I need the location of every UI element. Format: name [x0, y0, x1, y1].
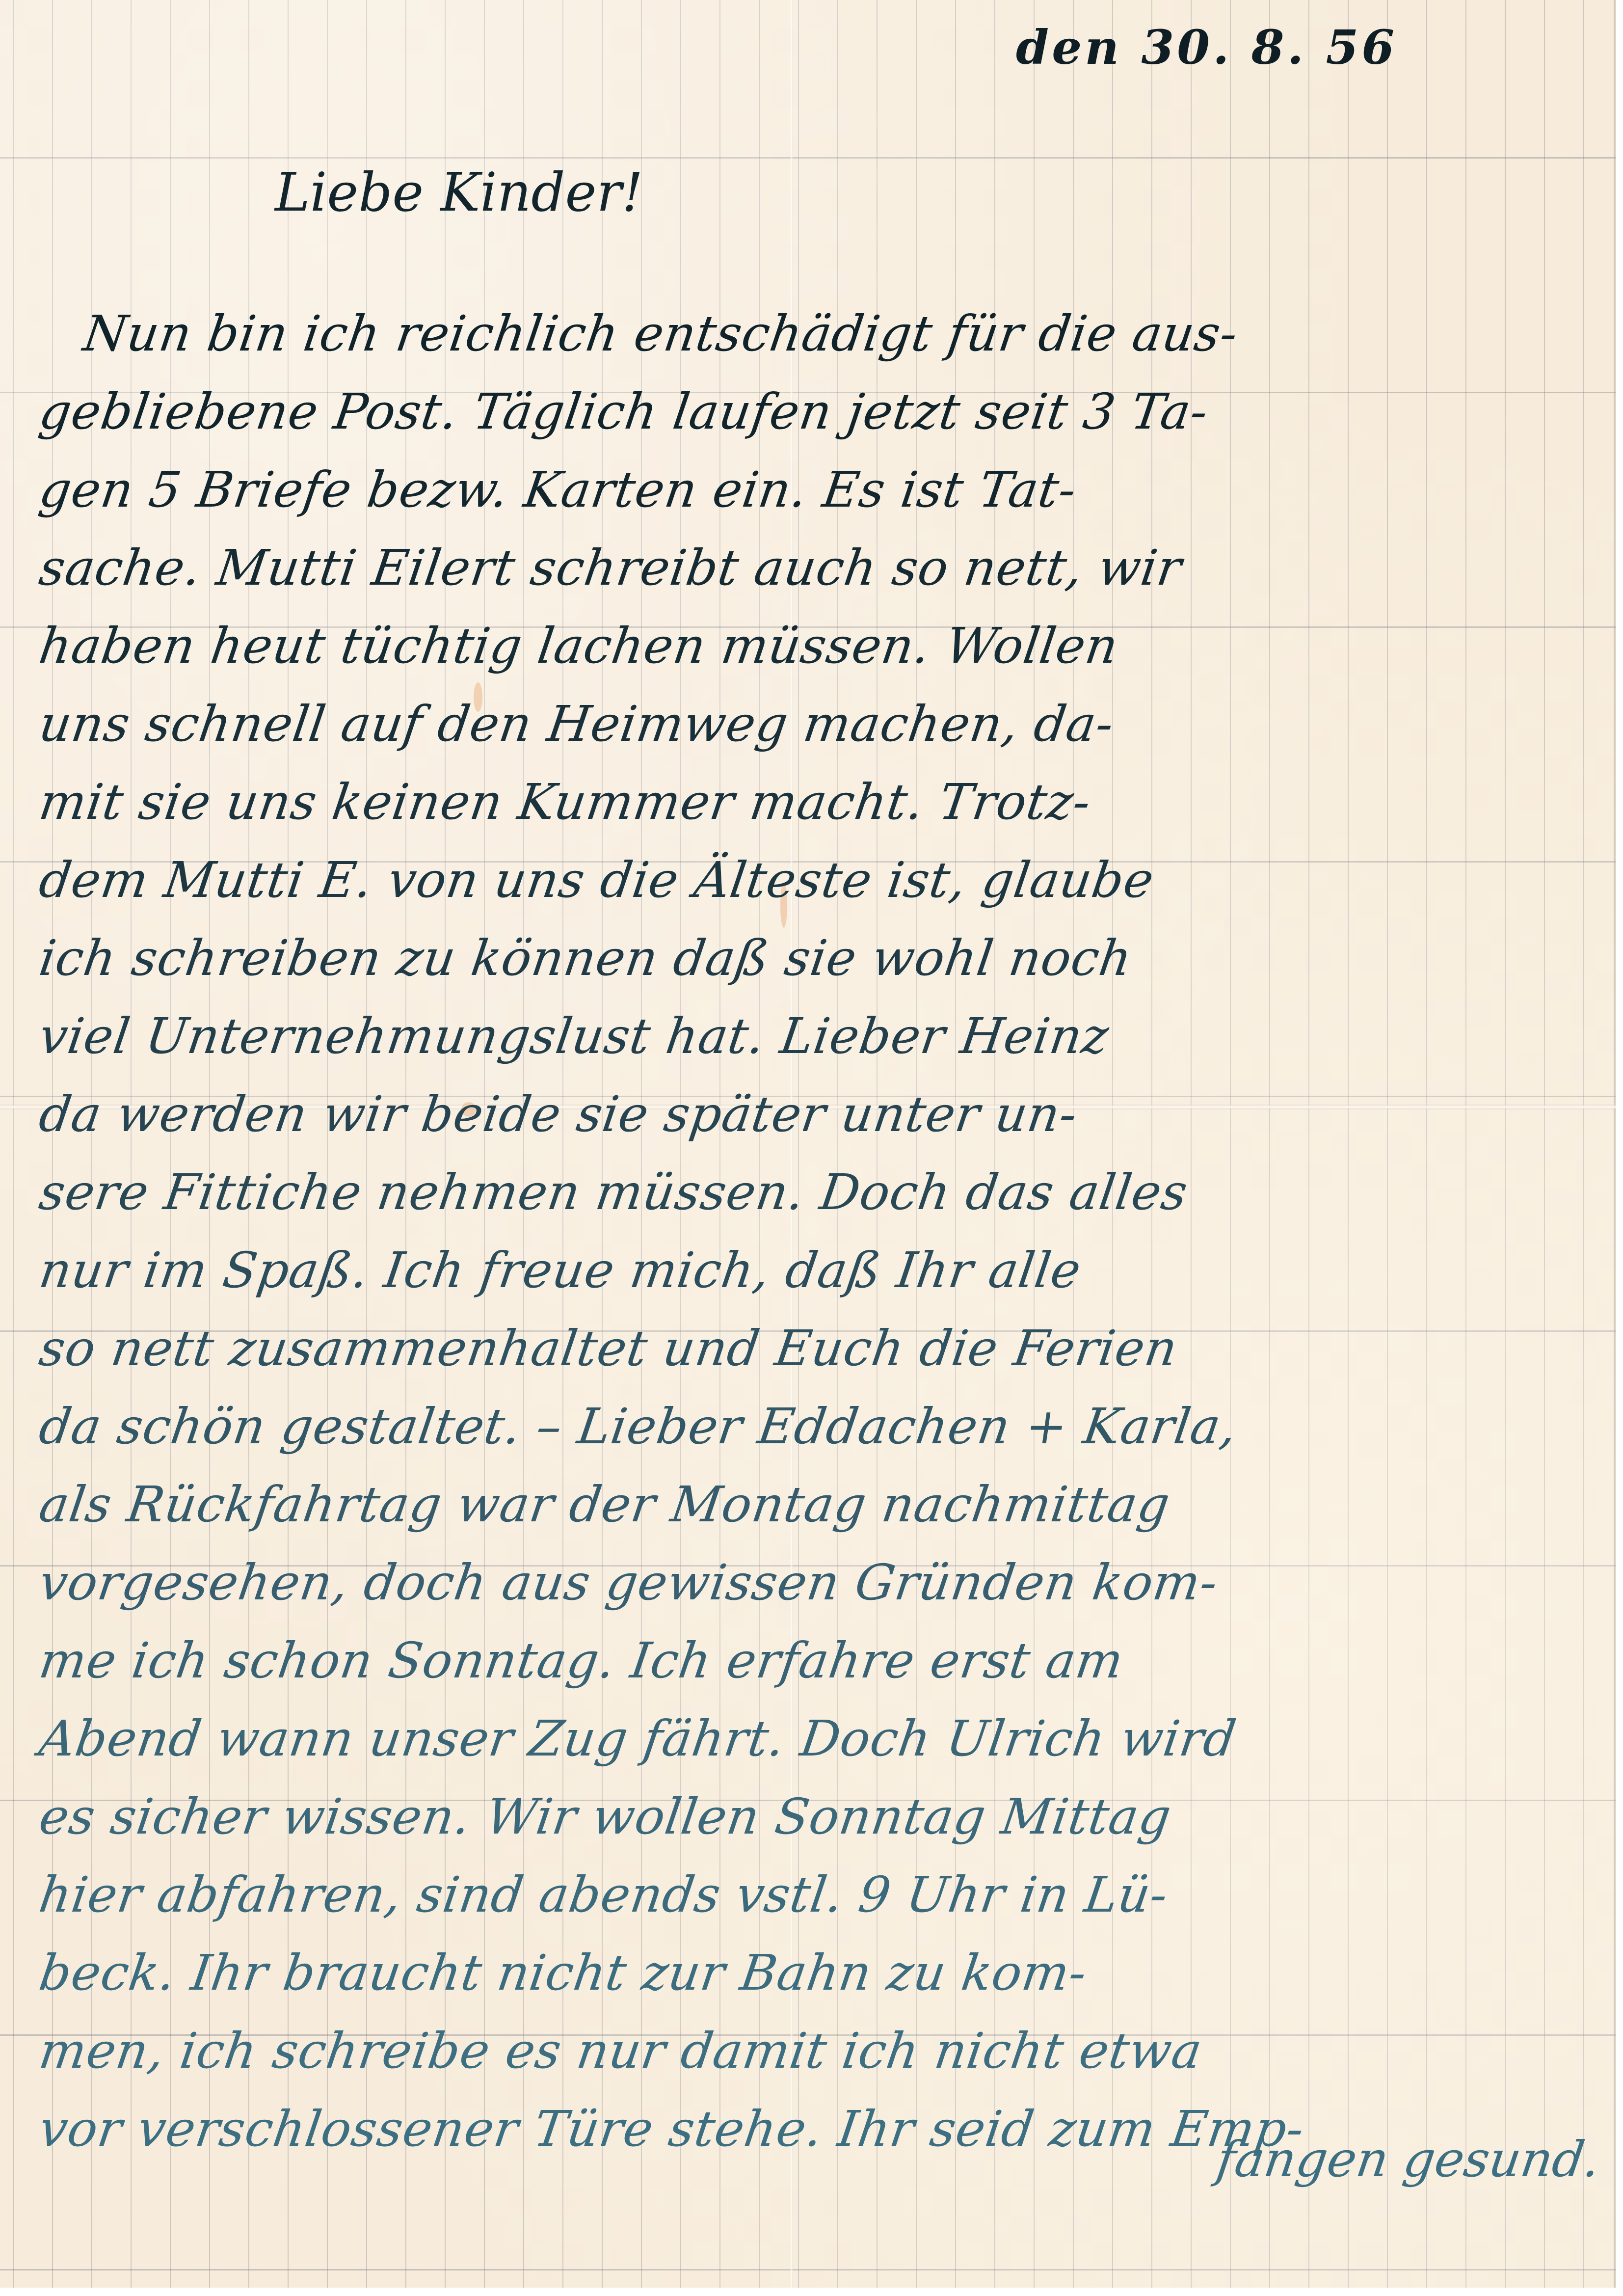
letter-line: da schön gestaltet. – Lieber Eddachen + …	[34, 1387, 1606, 1465]
letter-line: da werden wir beide sie später unter un-	[34, 1075, 1606, 1153]
letter-line: viel Unternehmungslust hat. Lieber Heinz	[34, 997, 1606, 1075]
letter-line: mit sie uns keinen Kummer macht. Trotz-	[34, 763, 1606, 841]
letter-line: Nun bin ich reichlich entschädigt für di…	[34, 295, 1606, 373]
letter-line: gebliebene Post. Täglich laufen jetzt se…	[34, 373, 1606, 451]
letter-line: men, ich schreibe es nur damit ich nicht…	[34, 2012, 1606, 2090]
letter-closing: fangen gesund.	[1213, 2131, 1604, 2188]
letter-line: sere Fittiche nehmen müssen. Doch das al…	[34, 1153, 1606, 1231]
letter-line: Abend wann unser Zug fährt. Doch Ulrich …	[34, 1700, 1606, 1778]
letter-line: uns schnell auf den Heimweg machen, da-	[34, 685, 1606, 763]
letter-line: als Rückfahrtag war der Montag nachmitta…	[34, 1465, 1606, 1543]
letter-body: Nun bin ich reichlich entschädigt für di…	[34, 295, 1595, 2168]
letter-line: gen 5 Briefe bezw. Karten ein. Es ist Ta…	[34, 451, 1606, 529]
letter-salutation: Liebe Kinder!	[275, 162, 643, 223]
letter-line: vorgesehen, doch aus gewissen Gründen ko…	[34, 1543, 1606, 1621]
letter-line: ich schreiben zu können daß sie wohl noc…	[34, 919, 1606, 997]
letter-line: hier abfahren, sind abends vstl. 9 Uhr i…	[34, 1856, 1606, 1934]
letter-line: dem Mutti E. von uns die Älteste ist, gl…	[34, 841, 1606, 919]
letter-line: me ich schon Sonntag. Ich erfahre erst a…	[34, 1621, 1606, 1700]
letter-line: sache. Mutti Eilert schreibt auch so net…	[34, 529, 1606, 607]
letter-line: beck. Ihr braucht nicht zur Bahn zu kom-	[34, 1934, 1606, 2012]
letter-sheet: den 30. 8. 56 Liebe Kinder! Nun bin ich …	[0, 0, 1616, 2288]
letter-date: den 30. 8. 56	[1016, 20, 1397, 75]
letter-line: haben heut tüchtig lachen müssen. Wollen	[34, 607, 1606, 685]
letter-line: so nett zusammenhaltet und Euch die Feri…	[34, 1309, 1606, 1387]
letter-line: nur im Spaß. Ich freue mich, daß Ihr all…	[34, 1231, 1606, 1309]
letter-line: es sicher wissen. Wir wollen Sonntag Mit…	[34, 1778, 1606, 1856]
